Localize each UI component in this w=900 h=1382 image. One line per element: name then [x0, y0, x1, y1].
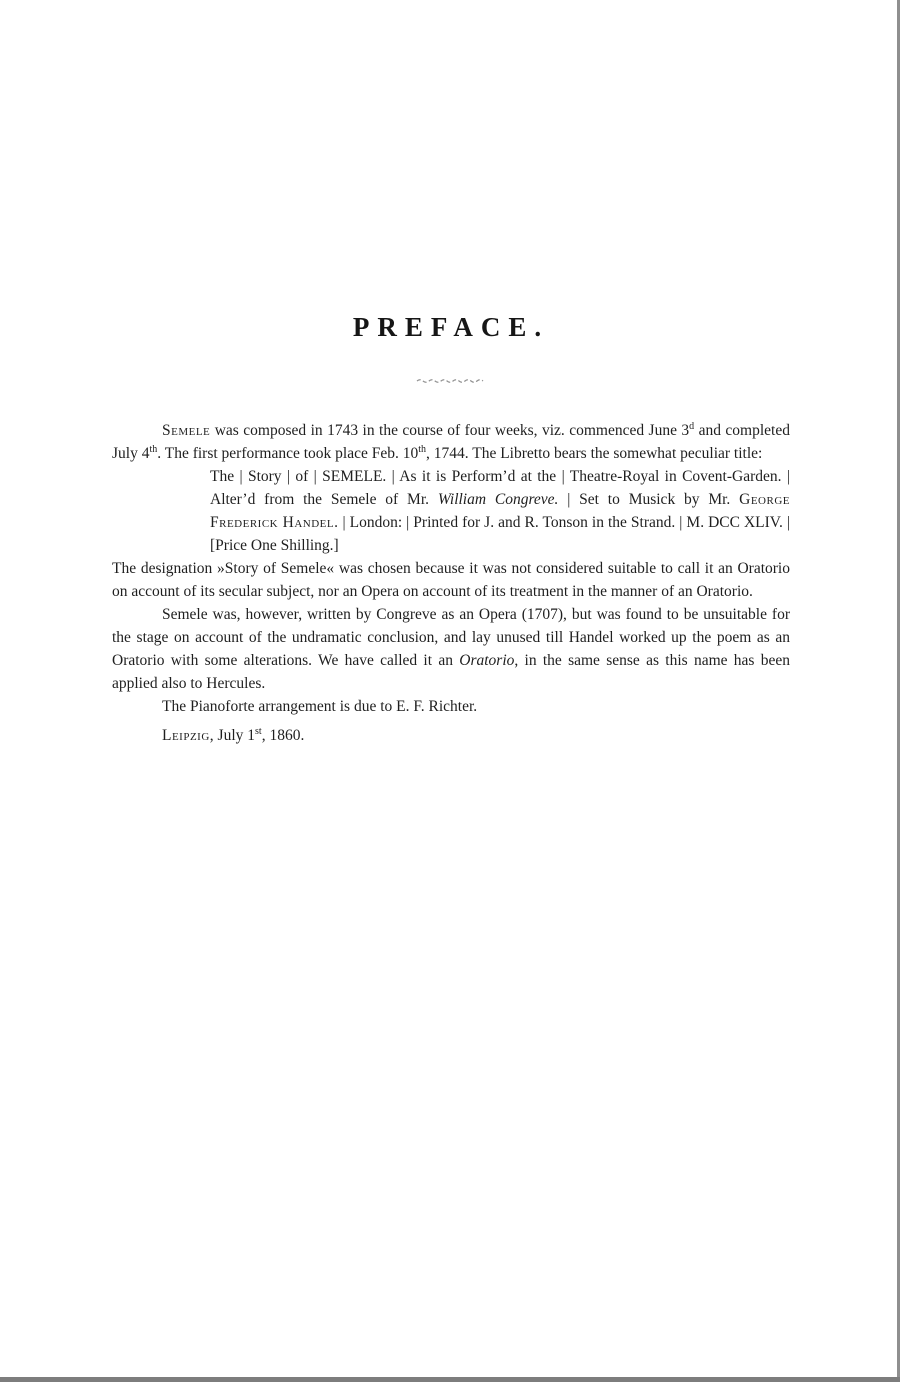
- text-run: , July 1: [210, 727, 255, 744]
- congreve-italic: William Congreve.: [438, 491, 559, 508]
- text-run: was composed in 1743 in the course of fo…: [210, 422, 689, 439]
- ornament-rule-icon: [112, 372, 790, 390]
- text-run: The designation »Story of Semele« was ch…: [112, 560, 790, 600]
- page-edge-shadow-bottom: [0, 1377, 900, 1382]
- semele-smallcaps: Semele: [162, 422, 210, 439]
- text-run: | Set to Musick by Mr.: [558, 491, 739, 508]
- page-title: PREFACE.: [112, 312, 790, 343]
- text-run: , 1860.: [262, 727, 305, 744]
- paragraph-designation: The designation »Story of Semele« was ch…: [112, 557, 790, 603]
- ordinal-superscript: st: [255, 726, 262, 737]
- text-run: The Pianoforte arrangement is due to E. …: [162, 698, 477, 715]
- dateline: Leipzig, July 1st, 1860.: [112, 724, 790, 747]
- preface-body: Semele was composed in 1743 in the cours…: [112, 419, 790, 747]
- libretto-title-quote: The | Story | of | SEMELE. | As it is Pe…: [210, 465, 790, 557]
- text-run: , 1744. The Libretto bears the somewhat …: [426, 445, 762, 462]
- scanned-preface-page: PREFACE. Semele was composed in 1743 in …: [0, 0, 900, 1382]
- oratorio-italic: Oratorio: [459, 652, 514, 669]
- paragraph-pianoforte: The Pianoforte arrangement is due to E. …: [112, 695, 790, 718]
- text-run: . The first performance took place Feb. …: [157, 445, 418, 462]
- paragraph-composition: Semele was composed in 1743 in the cours…: [112, 419, 790, 465]
- leipzig-smallcaps: Leipzig: [162, 727, 210, 744]
- paragraph-opera-history: Semele was, however, written by Congreve…: [112, 603, 790, 695]
- ordinal-superscript: th: [418, 444, 426, 455]
